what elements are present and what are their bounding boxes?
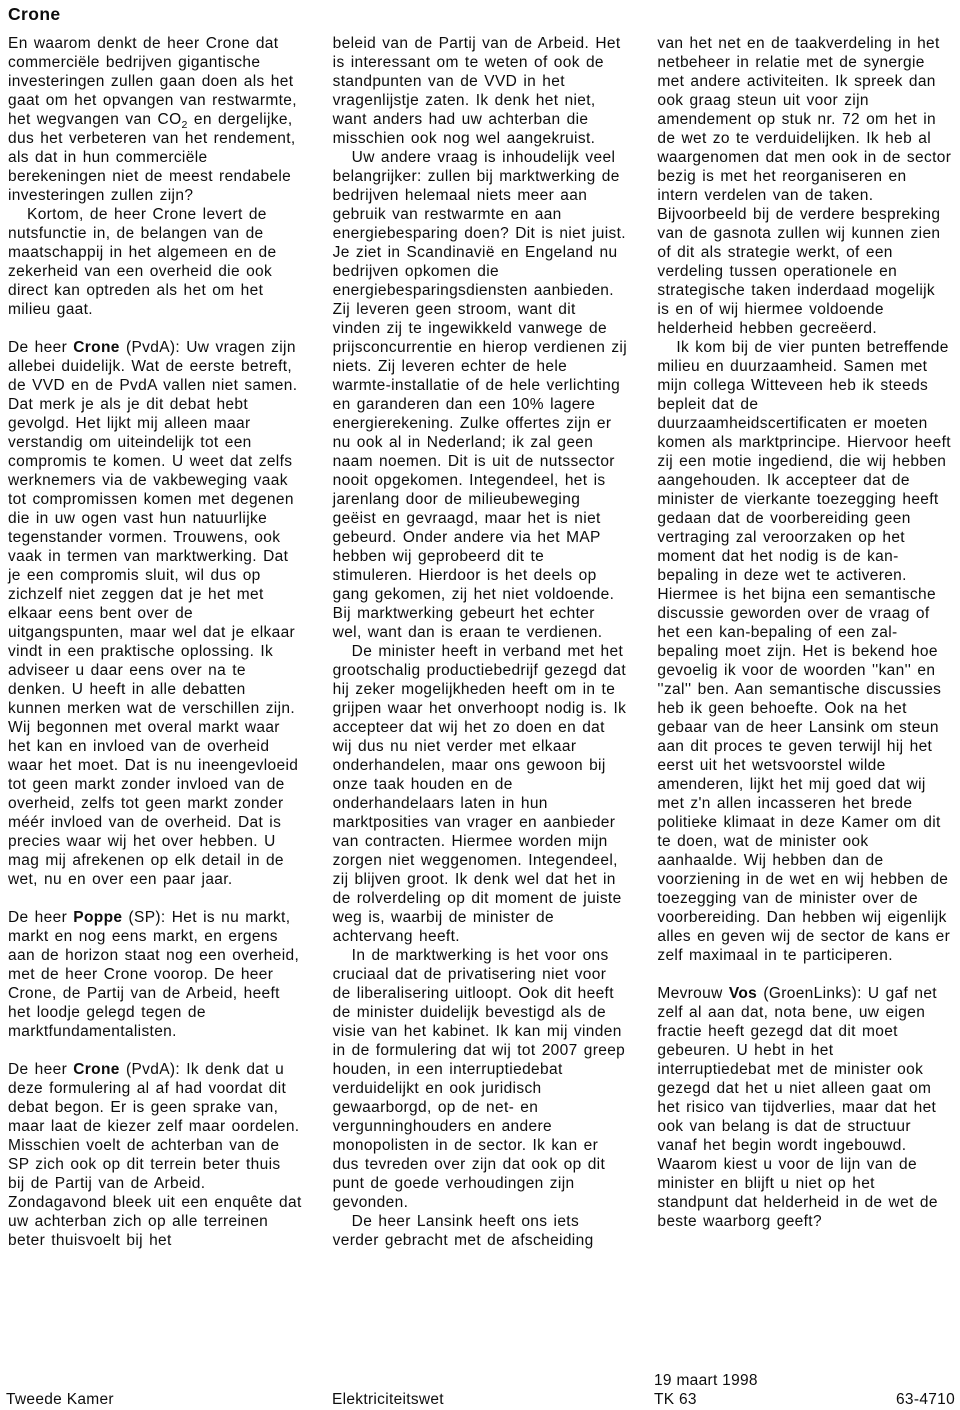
paragraph: De minister heeft in verband met het gro… xyxy=(333,642,628,946)
speaker-name: Crone xyxy=(73,339,120,356)
paragraph: En waarom denkt de heer Crone dat commer… xyxy=(8,34,303,205)
speaker-name: Crone xyxy=(73,1061,120,1078)
text-column-3: van het net en de taakverdeling in het n… xyxy=(657,34,952,1250)
text-column-2: beleid van de Partij van de Arbeid. Het … xyxy=(333,34,628,1250)
footer-page-number: 63-4710 xyxy=(896,1391,955,1409)
text-run: De heer xyxy=(8,909,73,926)
text-run: Kortom, de heer Crone levert de nutsfunc… xyxy=(8,206,276,318)
paragraph: Mevrouw Vos (GroenLinks): U gaf net zelf… xyxy=(657,984,952,1231)
paragraph: Ik kom bij de vier punten betreffende mi… xyxy=(657,338,952,965)
text-run: van het net en de taakverdeling in het n… xyxy=(657,35,951,337)
text-run: In de marktwerking is het voor ons cruci… xyxy=(333,947,625,1211)
text-columns: En waarom denkt de heer Crone dat commer… xyxy=(8,34,952,1250)
text-run: Mevrouw xyxy=(657,985,728,1002)
text-run: Uw andere vraag is inhoudelijk veel bela… xyxy=(333,149,627,641)
text-run: (PvdA): Uw vragen zijn allebei duidelijk… xyxy=(8,339,298,888)
paragraph: De heer Crone (PvdA): Uw vragen zijn all… xyxy=(8,338,303,889)
text-column-1: En waarom denkt de heer Crone dat commer… xyxy=(8,34,303,1250)
footer-subject: Elektriciteitswet xyxy=(332,1391,444,1409)
document-page: Crone En waarom denkt de heer Crone dat … xyxy=(0,0,960,1410)
footer-chamber: Tweede Kamer xyxy=(6,1391,114,1409)
text-run: De heer Lansink heeft ons iets verder ge… xyxy=(333,1213,594,1249)
paragraph: van het net en de taakverdeling in het n… xyxy=(657,34,952,338)
paragraph: De heer Poppe (SP): Het is nu markt, mar… xyxy=(8,908,303,1041)
text-run: De heer xyxy=(8,339,73,356)
text-run: (SP): Het is nu markt, markt en nog eens… xyxy=(8,909,299,1040)
paragraph: In de marktwerking is het voor ons cruci… xyxy=(333,946,628,1212)
footer-date: 19 maart 1998 xyxy=(654,1372,758,1390)
text-run: De minister heeft in verband met het gro… xyxy=(333,643,627,945)
paragraph: De heer Lansink heeft ons iets verder ge… xyxy=(333,1212,628,1250)
text-run: (GroenLinks): U gaf net zelf al aan dat,… xyxy=(657,985,937,1230)
paragraph: Kortom, de heer Crone levert de nutsfunc… xyxy=(8,205,303,319)
footer-session: TK 63 xyxy=(654,1391,697,1409)
paragraph: beleid van de Partij van de Arbeid. Het … xyxy=(333,34,628,148)
page-header-speaker: Crone xyxy=(8,4,61,25)
text-run: beleid van de Partij van de Arbeid. Het … xyxy=(333,35,621,147)
text-run: De heer xyxy=(8,1061,73,1078)
speaker-name: Poppe xyxy=(73,909,122,926)
text-run: Ik kom bij de vier punten betreffende mi… xyxy=(657,339,951,964)
speaker-name: Vos xyxy=(729,985,757,1002)
paragraph: De heer Crone (PvdA): Ik denk dat u deze… xyxy=(8,1060,303,1250)
paragraph: Uw andere vraag is inhoudelijk veel bela… xyxy=(333,148,628,642)
text-run: (PvdA): Ik denk dat u deze formulering a… xyxy=(8,1061,302,1249)
